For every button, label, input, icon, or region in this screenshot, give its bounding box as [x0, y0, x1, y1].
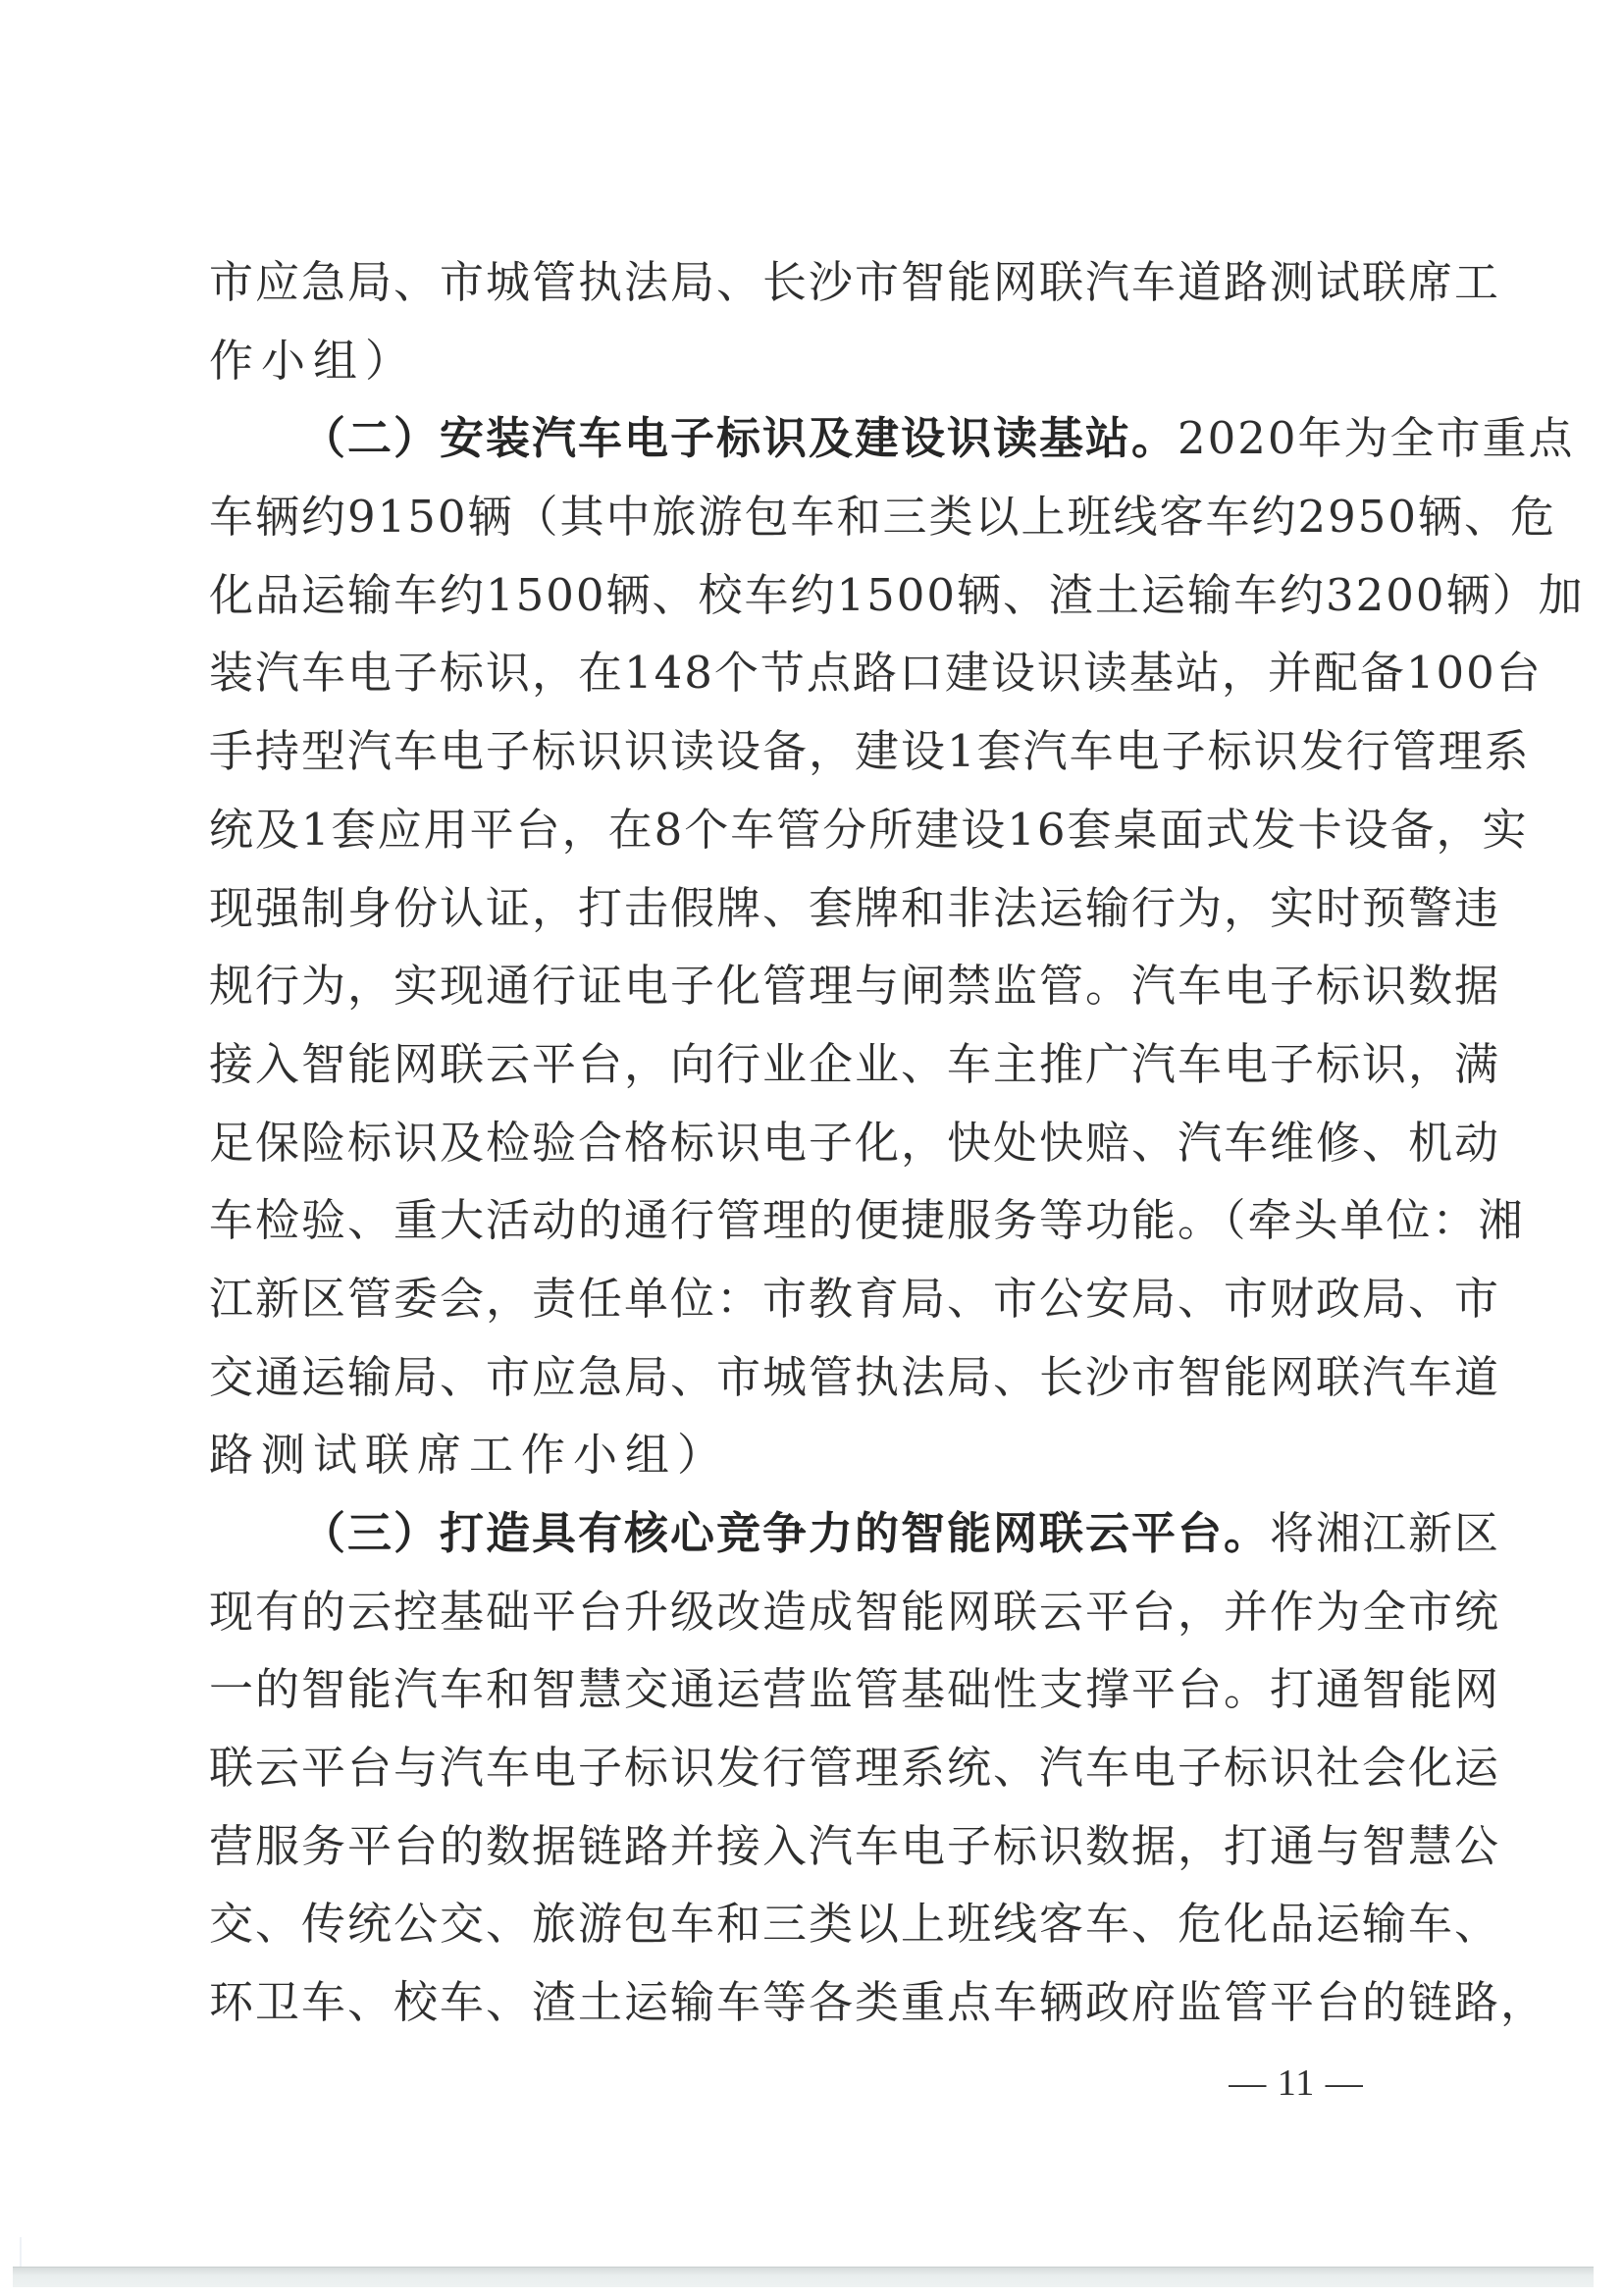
section-heading-line: （三）打造具有核心竞争力的智能网联云平台。将湘江新区 — [209, 1494, 1414, 1573]
text-line: 规行为，实现通行证电子化管理与闸禁监管。汽车电子标识数据 — [209, 947, 1414, 1025]
page-number: — 11 — — [1218, 2059, 1375, 2108]
scan-bottom-edge — [13, 2267, 1594, 2287]
text-line: 车检验、重大活动的通行管理的便捷服务等功能。（牵头单位：湘 — [209, 1181, 1414, 1260]
text-line: 交、传统公交、旅游包车和三类以上班线客车、危化品运输车、 — [209, 1885, 1414, 1963]
text-line: 市应急局、市城管执法局、长沙市智能网联汽车道路测试联席工 — [209, 243, 1414, 322]
text-line: 化品运输车约1500辆、校车约1500辆、渣土运输车约3200辆）加 — [209, 556, 1414, 635]
scan-artifact — [20, 2237, 22, 2269]
text-line: 车辆约9150辆（其中旅游包车和三类以上班线客车约2950辆、危 — [209, 478, 1414, 556]
text-line: 联云平台与汽车电子标识发行管理系统、汽车电子标识社会化运 — [209, 1729, 1414, 1807]
text-line: 一的智能汽车和智慧交通运营监管基础性支撑平台。打通智能网 — [209, 1650, 1414, 1729]
text-run: 将湘江新区 — [1270, 1507, 1500, 1559]
text-line: 路测试联席工作小组） — [209, 1416, 1414, 1494]
document-page: 市应急局、市城管执法局、长沙市智能网联汽车道路测试联席工 作小组） （二）安装汽… — [0, 0, 1623, 2296]
text-line: 交通运输局、市应急局、市城管执法局、长沙市智能网联汽车道 — [209, 1338, 1414, 1417]
text-line: 江新区管委会，责任单位：市教育局、市公安局、市财政局、市 — [209, 1260, 1414, 1338]
text-line: 营服务平台的数据链路并接入汽车电子标识数据，打通与智慧公 — [209, 1807, 1414, 1886]
text-line: 现有的云控基础平台升级改造成智能网联云平台，并作为全市统 — [209, 1573, 1414, 1651]
section-heading-3: （三）打造具有核心竞争力的智能网联云平台。 — [301, 1507, 1270, 1559]
text-line: 足保险标识及检验合格标识电子化，快处快赔、汽车维修、机动 — [209, 1104, 1414, 1182]
text-run: 2020年为全市重点 — [1178, 412, 1575, 464]
text-line: 接入智能网联云平台，向行业企业、车主推广汽车电子标识，满 — [209, 1025, 1414, 1104]
text-line: 装汽车电子标识，在148个节点路口建设识读基站，并配备100台 — [209, 634, 1414, 712]
text-line: 手持型汽车电子标识识读设备，建设1套汽车电子标识发行管理系 — [209, 712, 1414, 791]
section-heading-2: （二）安装汽车电子标识及建设识读基站。 — [301, 412, 1178, 464]
text-line: 环卫车、校车、渣土运输车等各类重点车辆政府监管平台的链路， — [209, 1963, 1414, 2042]
section-heading-line: （二）安装汽车电子标识及建设识读基站。2020年为全市重点 — [209, 399, 1414, 478]
text-line: 现强制身份认证，打击假牌、套牌和非法运输行为，实时预警违 — [209, 869, 1414, 948]
body-text: 市应急局、市城管执法局、长沙市智能网联汽车道路测试联席工 作小组） （二）安装汽… — [209, 243, 1414, 2042]
text-line: 作小组） — [209, 322, 1414, 400]
text-line: 统及1套应用平台，在8个车管分所建设16套桌面式发卡设备，实 — [209, 791, 1414, 869]
